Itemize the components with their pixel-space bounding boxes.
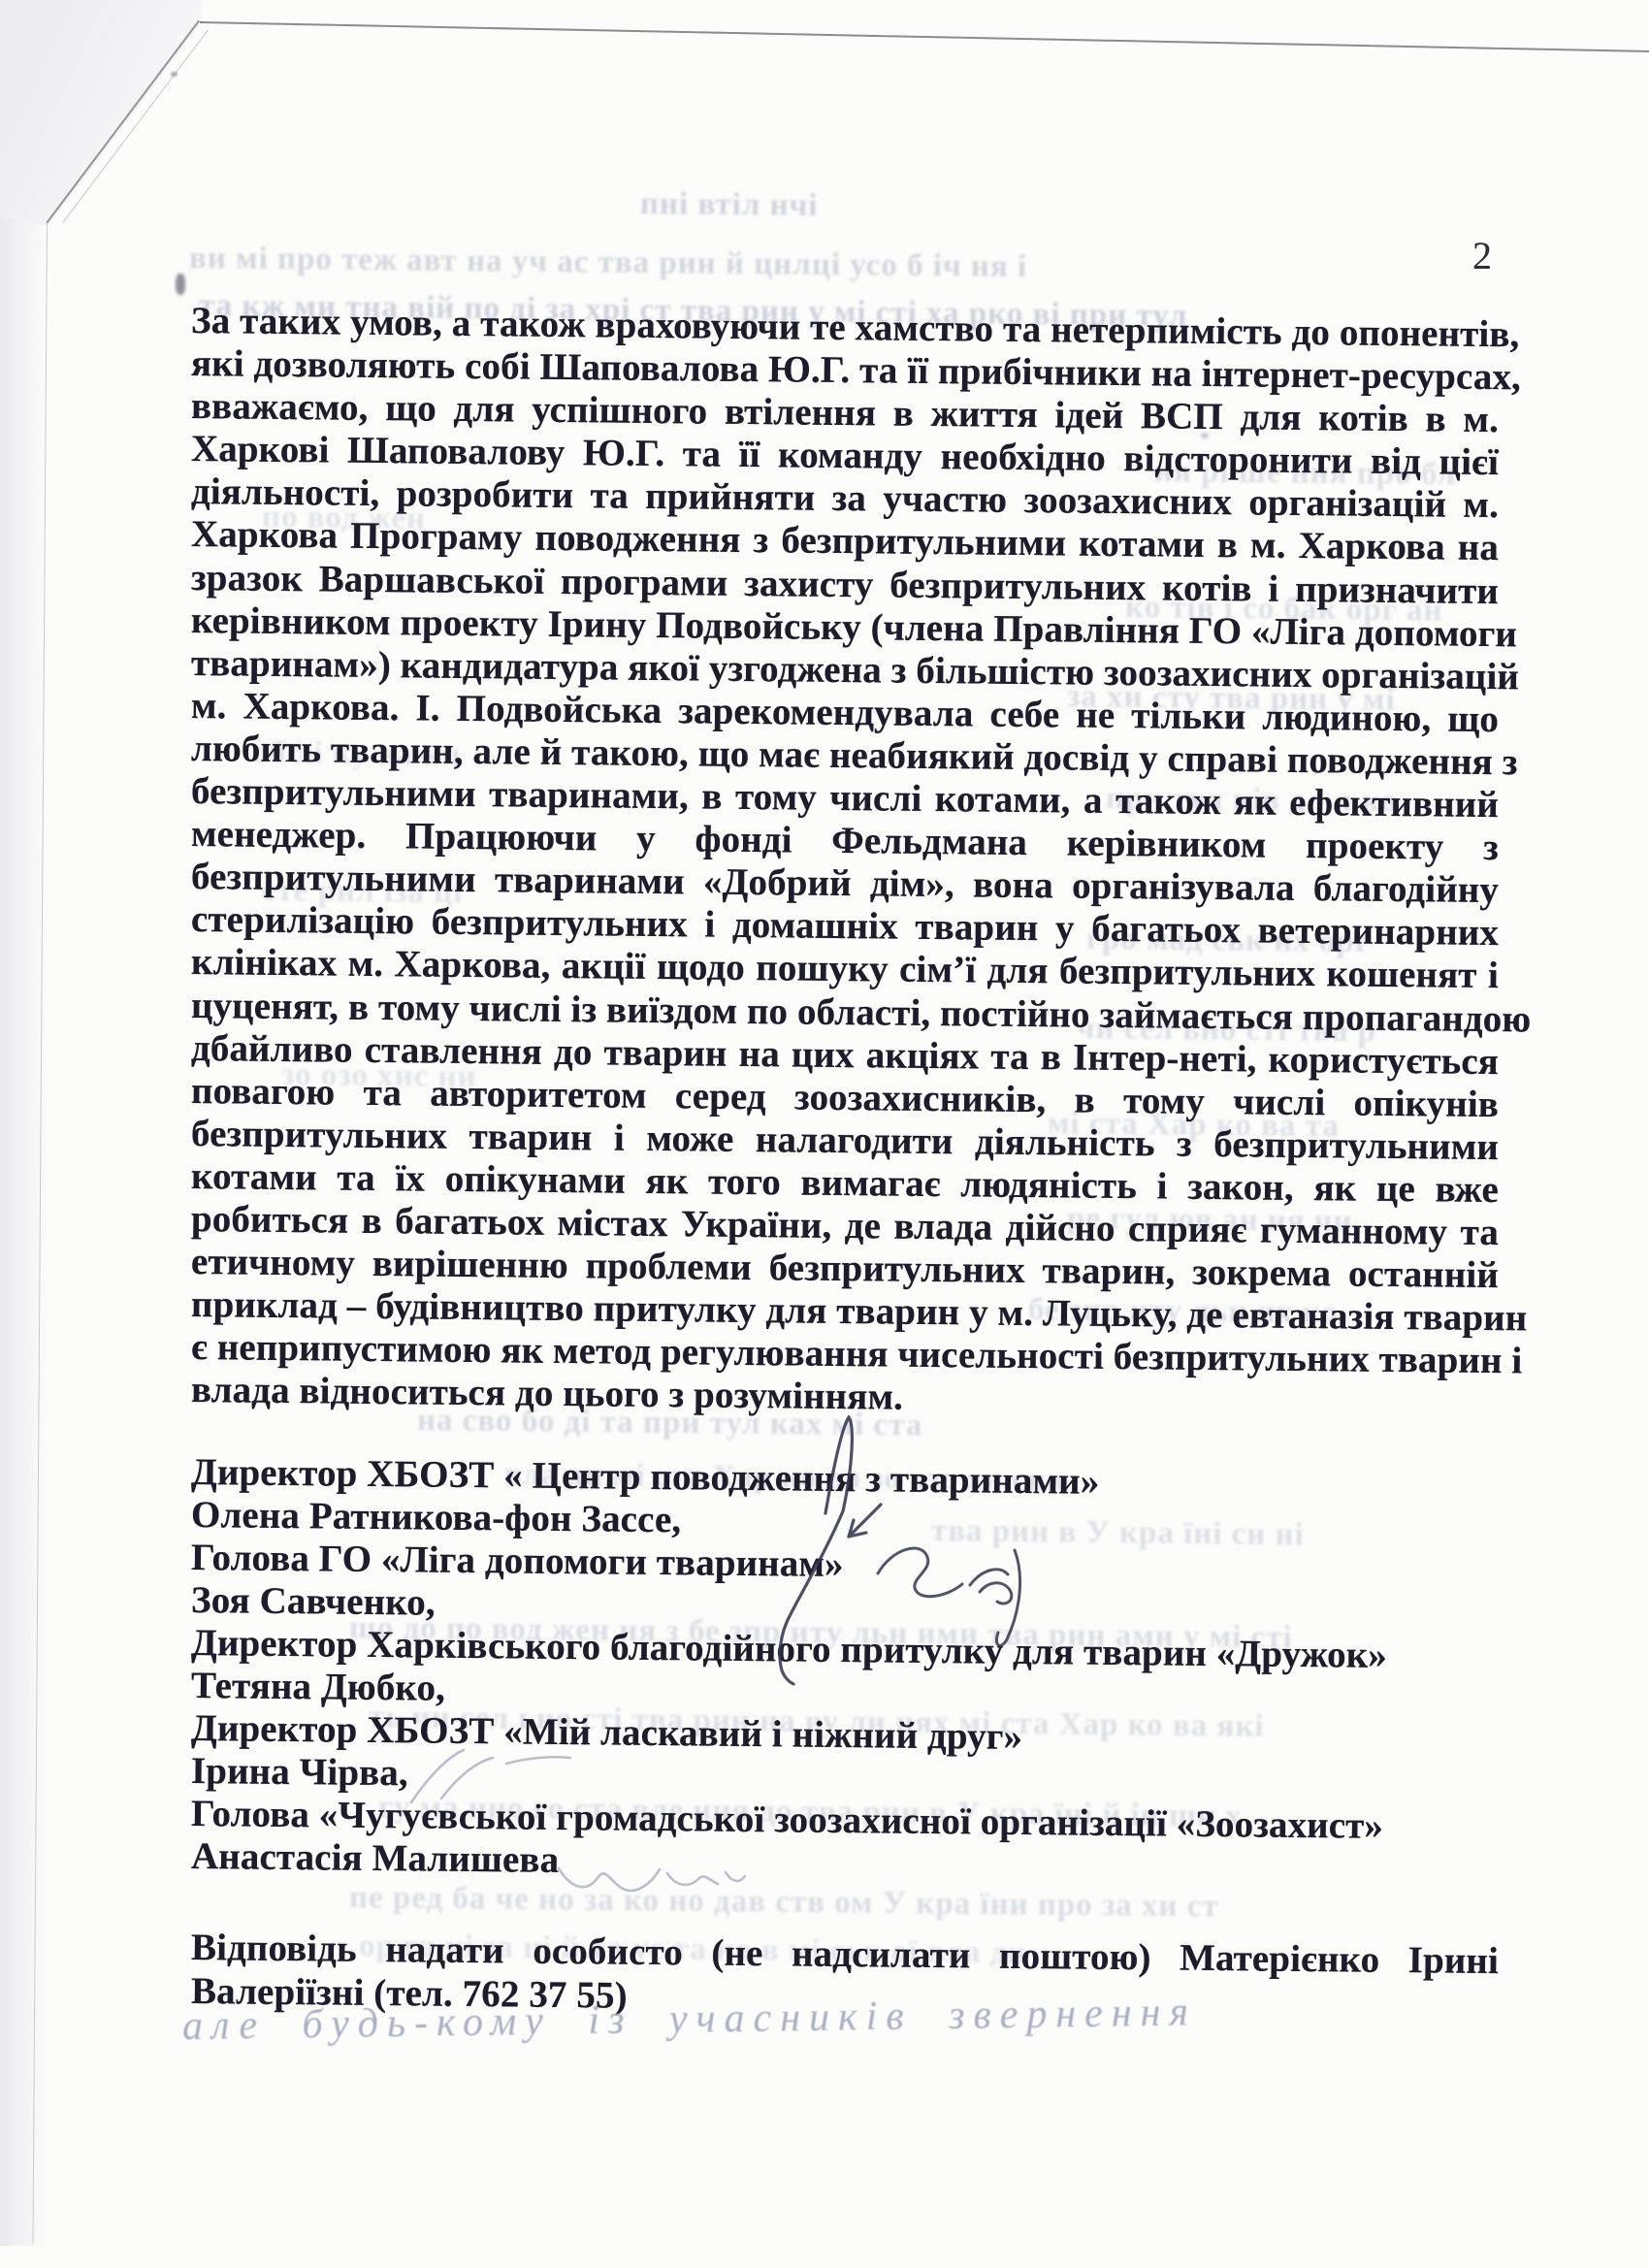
page-left-edge-shadow (0, 218, 48, 2246)
corner-fold-artifact (0, 0, 233, 243)
scan-speck (171, 72, 178, 77)
page-top-edge-line (200, 21, 1649, 52)
signatories-block: Директор ХБОЗТ « Центр поводження з твар… (191, 1450, 1499, 1877)
scanned-letter-page: пні втіл нчіви мі про теж авт на уч ас т… (0, 0, 1649, 2268)
page-number: 2 (1472, 233, 1492, 278)
body-paragraph: За таких умов, а також враховуючи те хам… (191, 299, 1499, 1410)
bleed-through-artifact: ви мі про теж авт на уч ас тва рин й цнл… (189, 241, 1431, 289)
bleed-through-artifact: пні втіл нчі (640, 186, 892, 225)
scan-smudge (176, 274, 185, 295)
